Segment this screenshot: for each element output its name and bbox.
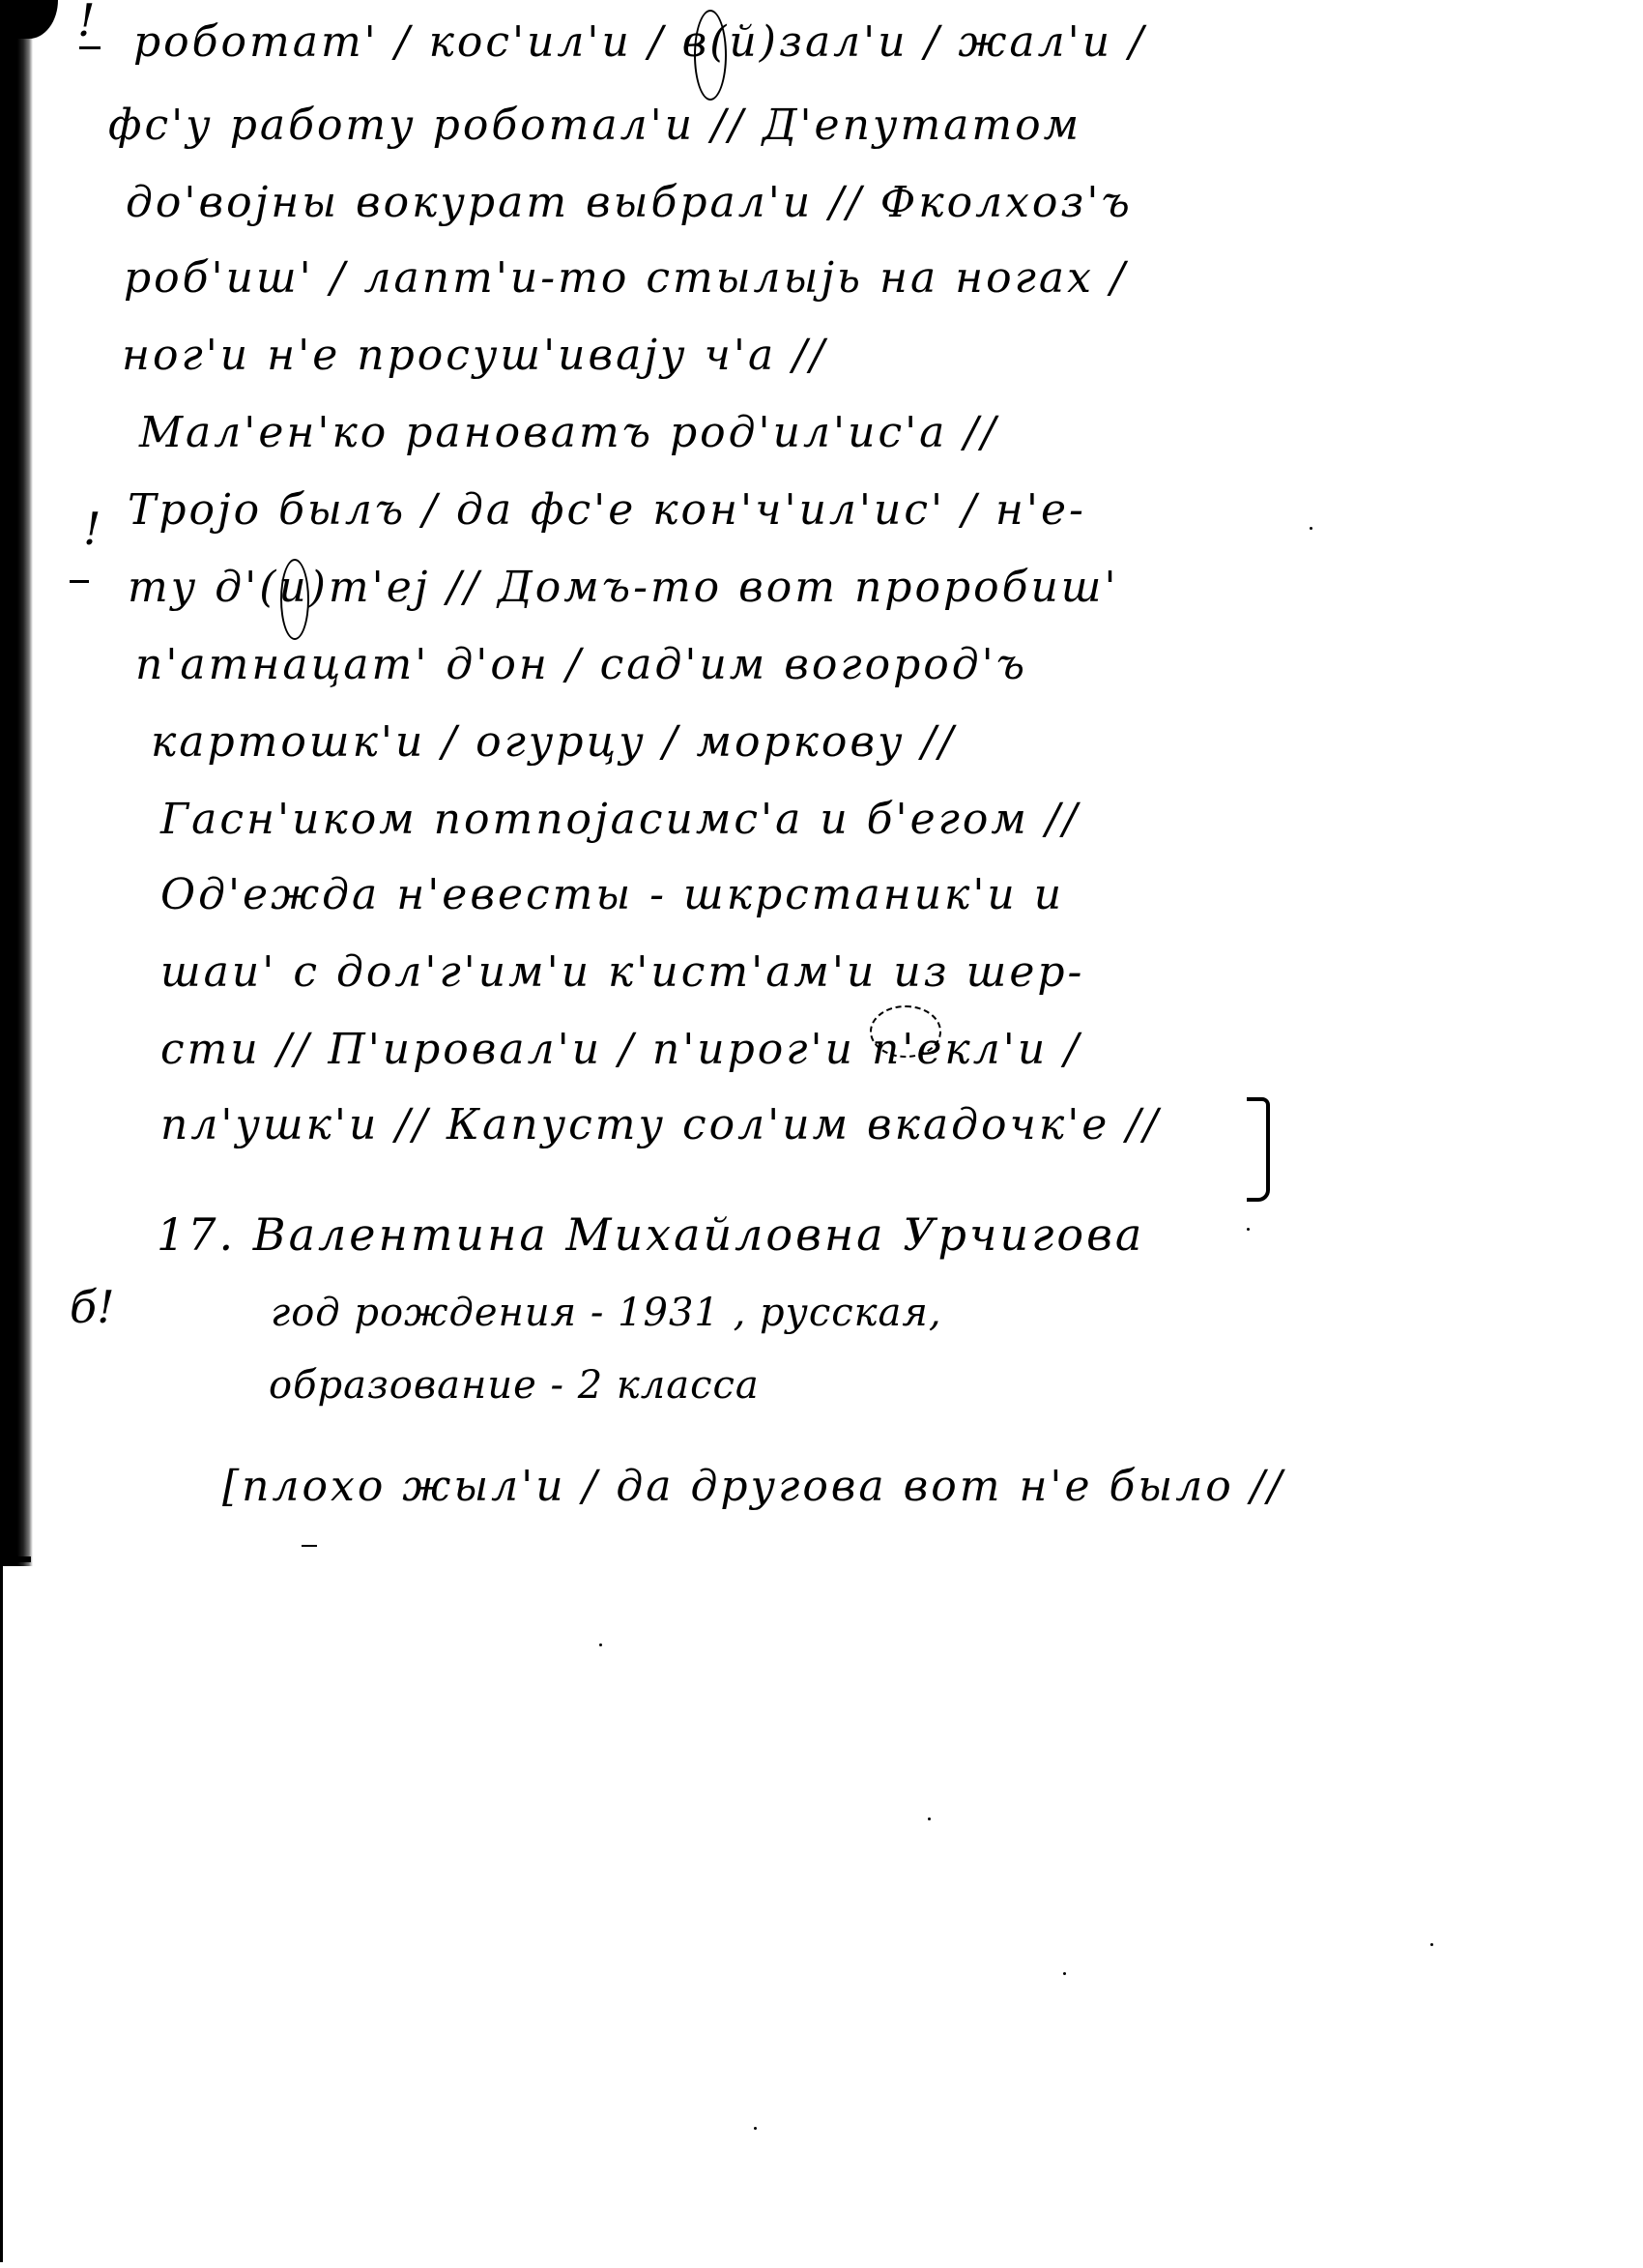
transcript-line: роб'иш' / лапт'и-то стылыјь на ногах /	[124, 253, 1128, 303]
scan-dark-corner	[0, 0, 58, 39]
transcript-line: картошк'и / огурцу / моркову //	[151, 717, 956, 767]
stray-mark	[302, 1545, 317, 1547]
scan-speck	[1063, 1972, 1066, 1975]
informant-birth: год рождения - 1931 , русская,	[271, 1291, 942, 1335]
transcript-line: фс'у работу роботал'и // Д'епутатом	[108, 101, 1081, 150]
scan-edge-line	[0, 1566, 3, 2262]
scan-speck	[1310, 527, 1312, 530]
transcript-line: сти // П'ировал'и / п'ирог'и п'екл'и /	[160, 1025, 1081, 1074]
transcript-line: ног'и н'е просуш'ивају ч'а //	[122, 331, 827, 380]
closing-bracket-mark	[1247, 1097, 1270, 1202]
correction-circle	[870, 1005, 941, 1058]
scan-dark-edge	[0, 0, 33, 1566]
scan-speck	[1247, 1228, 1250, 1231]
correction-circle	[280, 559, 309, 640]
informant-heading: 17. Валентина Михайловна Урчигова	[157, 1208, 1144, 1261]
scan-edge-tick	[10, 1556, 31, 1562]
transcript-line: Мал'ен'ко рановатъ род'ил'ис'а //	[139, 408, 998, 457]
scanned-page: ! ! б! роботат' / кос'ил'и / в(й)зал'и /…	[0, 0, 1643, 2268]
transcript-final-line: [плохо жыл'и / да другова вот н'е было /…	[222, 1462, 1284, 1511]
margin-exclamation-mid: !	[83, 503, 101, 555]
margin-note-b: б!	[70, 1281, 115, 1333]
transcript-line: до'војны вокурат выбрал'и // Фколхоз'ъ	[126, 178, 1133, 227]
margin-exclamation-top: !	[77, 0, 96, 46]
scan-speck	[754, 2127, 757, 2130]
scan-speck	[599, 1643, 602, 1646]
transcript-line: Од'ежда н'евесты - шкрстаник'и и	[160, 870, 1064, 919]
transcript-line: пл'ушк'и // Капусту сол'им вкадочк'е //	[160, 1100, 1161, 1149]
transcript-line: роботат' / кос'ил'и / в(й)зал'и / жал'и …	[133, 17, 1146, 67]
transcript-line: Тројо былъ / да фс'е кон'ч'ил'ис' / н'е-	[128, 485, 1086, 535]
transcript-line: п'атнацат' д'он / сад'им вогород'ъ	[135, 640, 1027, 689]
margin-dash	[70, 580, 89, 583]
transcript-line: шаи' с дол'г'им'и к'ист'ам'и из шер-	[160, 947, 1084, 997]
scan-speck	[1430, 1943, 1433, 1946]
transcript-line: Гасн'иком потпојасимс'а и б'егом //	[160, 795, 1080, 844]
correction-circle	[694, 10, 727, 101]
transcript-line: ту д'(и)т'еј // Домъ-то вот проробиш'	[128, 563, 1119, 612]
informant-education: образование - 2 класса	[269, 1363, 760, 1408]
scan-speck	[928, 1817, 931, 1820]
margin-dash	[79, 46, 101, 49]
